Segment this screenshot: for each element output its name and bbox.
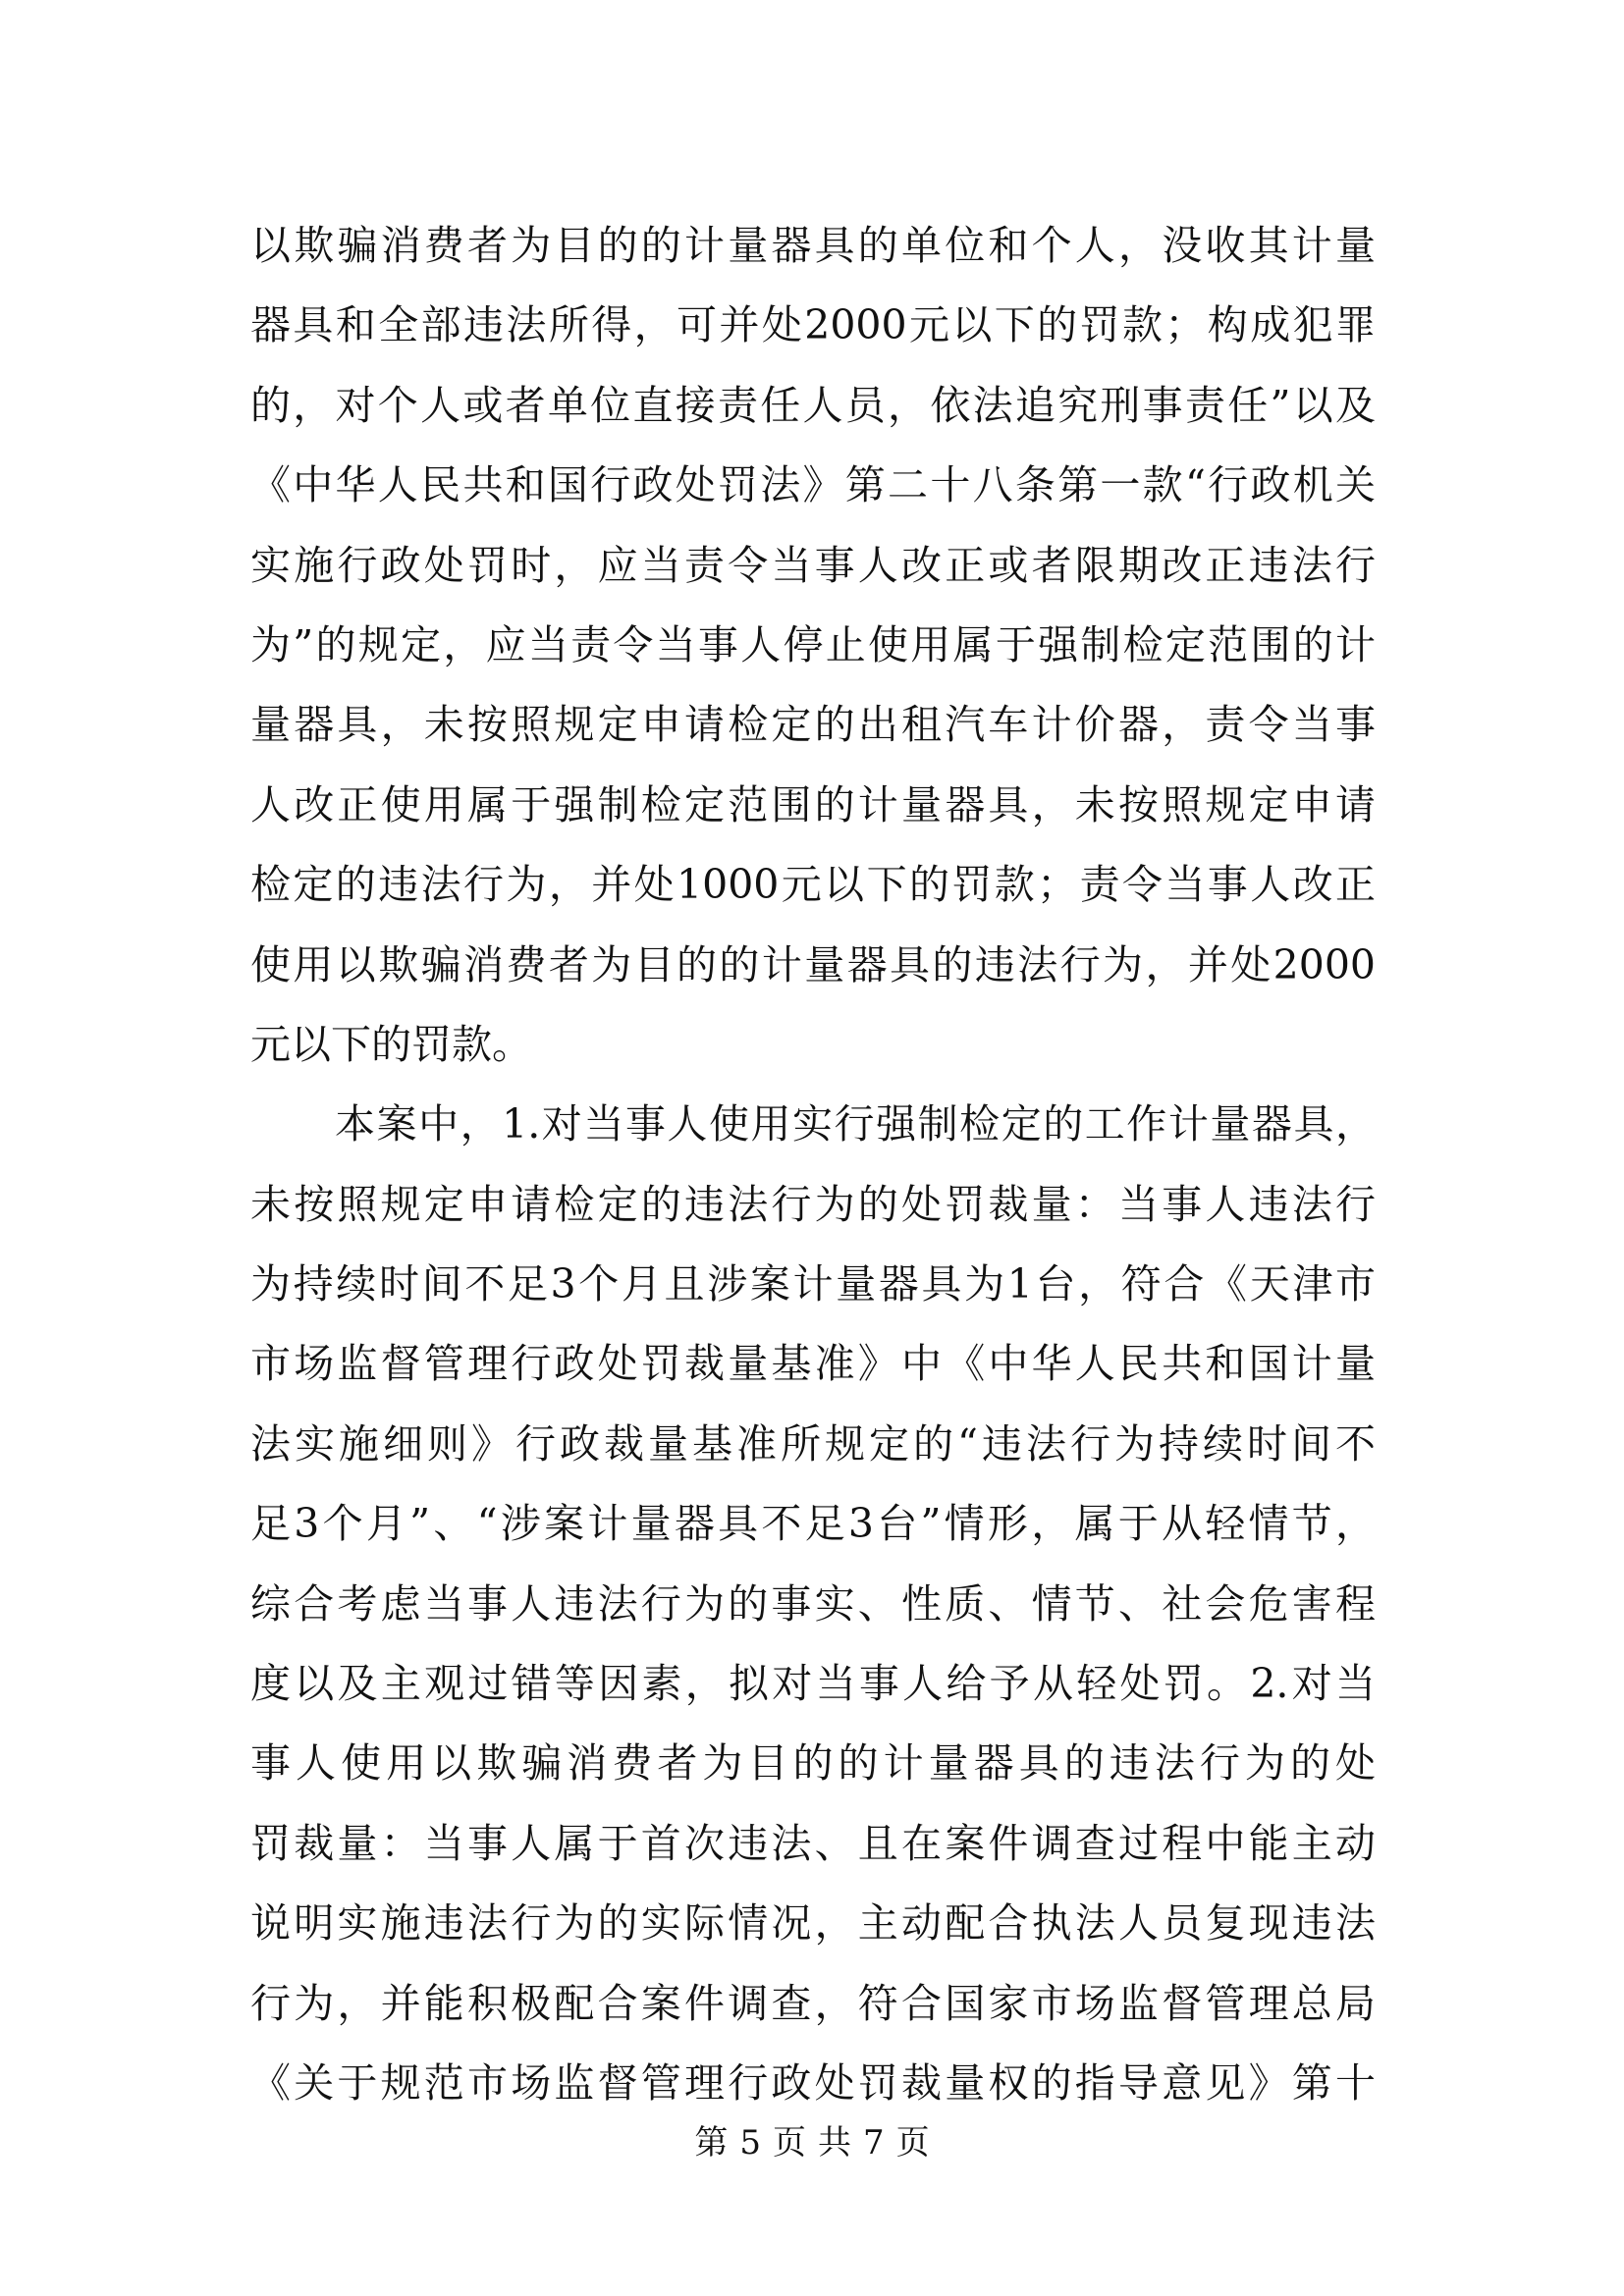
- text-line: 元以下的罚款。: [250, 1017, 1376, 1096]
- text-line: 的，对个人或者单位直接责任人员，依法追究刑事责任”以及: [250, 378, 1376, 457]
- total-page-count: 7: [863, 2123, 885, 2163]
- current-page-number: 5: [739, 2123, 761, 2163]
- text-line: 事人使用以欺骗消费者为目的的计量器具的违法行为的处: [250, 1735, 1376, 1815]
- text-line: 使用以欺骗消费者为目的的计量器具的违法行为，并处2000: [250, 937, 1376, 1017]
- text-line: 《中华人民共和国行政处罚法》第二十八条第一款“行政机关: [250, 457, 1376, 537]
- paragraph-2: 本案中，1.对当事人使用实行强制检定的工作计量器具， 未按照规定申请检定的违法行…: [250, 1096, 1376, 2135]
- text-line: 本案中，1.对当事人使用实行强制检定的工作计量器具，: [250, 1096, 1376, 1176]
- text-line: 检定的违法行为，并处1000元以下的罚款；责令当事人改正: [250, 857, 1376, 936]
- text-line: 实施行政处罚时，应当责令当事人改正或者限期改正违法行: [250, 538, 1376, 617]
- page-number-footer: 第5页共7页: [0, 2123, 1624, 2163]
- text-line: 人改正使用属于强制检定范围的计量器具，未按照规定申请: [250, 777, 1376, 857]
- paragraph-1: 以欺骗消费者为目的的计量器具的单位和个人，没收其计量 器具和全部违法所得，可并处…: [250, 218, 1376, 1096]
- text-line: 综合考虑当事人违法行为的事实、性质、情节、社会危害程: [250, 1576, 1376, 1656]
- text-line: 量器具，未按照规定申请检定的出租汽车计价器，责令当事: [250, 697, 1376, 776]
- text-line: 为”的规定，应当责令当事人停止使用属于强制检定范围的计: [250, 617, 1376, 697]
- text-line: 罚裁量：当事人属于首次违法、且在案件调查过程中能主动: [250, 1816, 1376, 1896]
- page-label-unit: 页: [773, 2123, 806, 2163]
- document-page: 以欺骗消费者为目的的计量器具的单位和个人，没收其计量 器具和全部违法所得，可并处…: [0, 0, 1624, 2296]
- text-line: 以欺骗消费者为目的的计量器具的单位和个人，没收其计量: [250, 218, 1376, 297]
- text-line: 行为，并能积极配合案件调查，符合国家市场监督管理总局: [250, 1976, 1376, 2056]
- page-label-prefix: 第: [694, 2123, 728, 2163]
- text-line: 市场监督管理行政处罚裁量基准》中《中华人民共和国计量: [250, 1336, 1376, 1415]
- document-body: 以欺骗消费者为目的的计量器具的单位和个人，没收其计量 器具和全部违法所得，可并处…: [250, 218, 1376, 2135]
- text-line: 器具和全部违法所得，可并处2000元以下的罚款；构成犯罪: [250, 297, 1376, 377]
- text-line: 说明实施违法行为的实际情况，主动配合执法人员复现违法: [250, 1896, 1376, 1975]
- text-line: 足3个月”、“涉案计量器具不足3台”情形，属于从轻情节，: [250, 1496, 1376, 1575]
- text-line: 法实施细则》行政裁量基准所规定的“违法行为持续时间不: [250, 1416, 1376, 1496]
- total-label-prefix: 共: [818, 2123, 851, 2163]
- text-line: 为持续时间不足3个月且涉案计量器具为1台，符合《天津市: [250, 1256, 1376, 1336]
- text-line: 度以及主观过错等因素，拟对当事人给予从轻处罚。2.对当: [250, 1656, 1376, 1735]
- text-line: 未按照规定申请检定的违法行为的处罚裁量：当事人违法行: [250, 1177, 1376, 1256]
- total-label-unit: 页: [896, 2123, 930, 2163]
